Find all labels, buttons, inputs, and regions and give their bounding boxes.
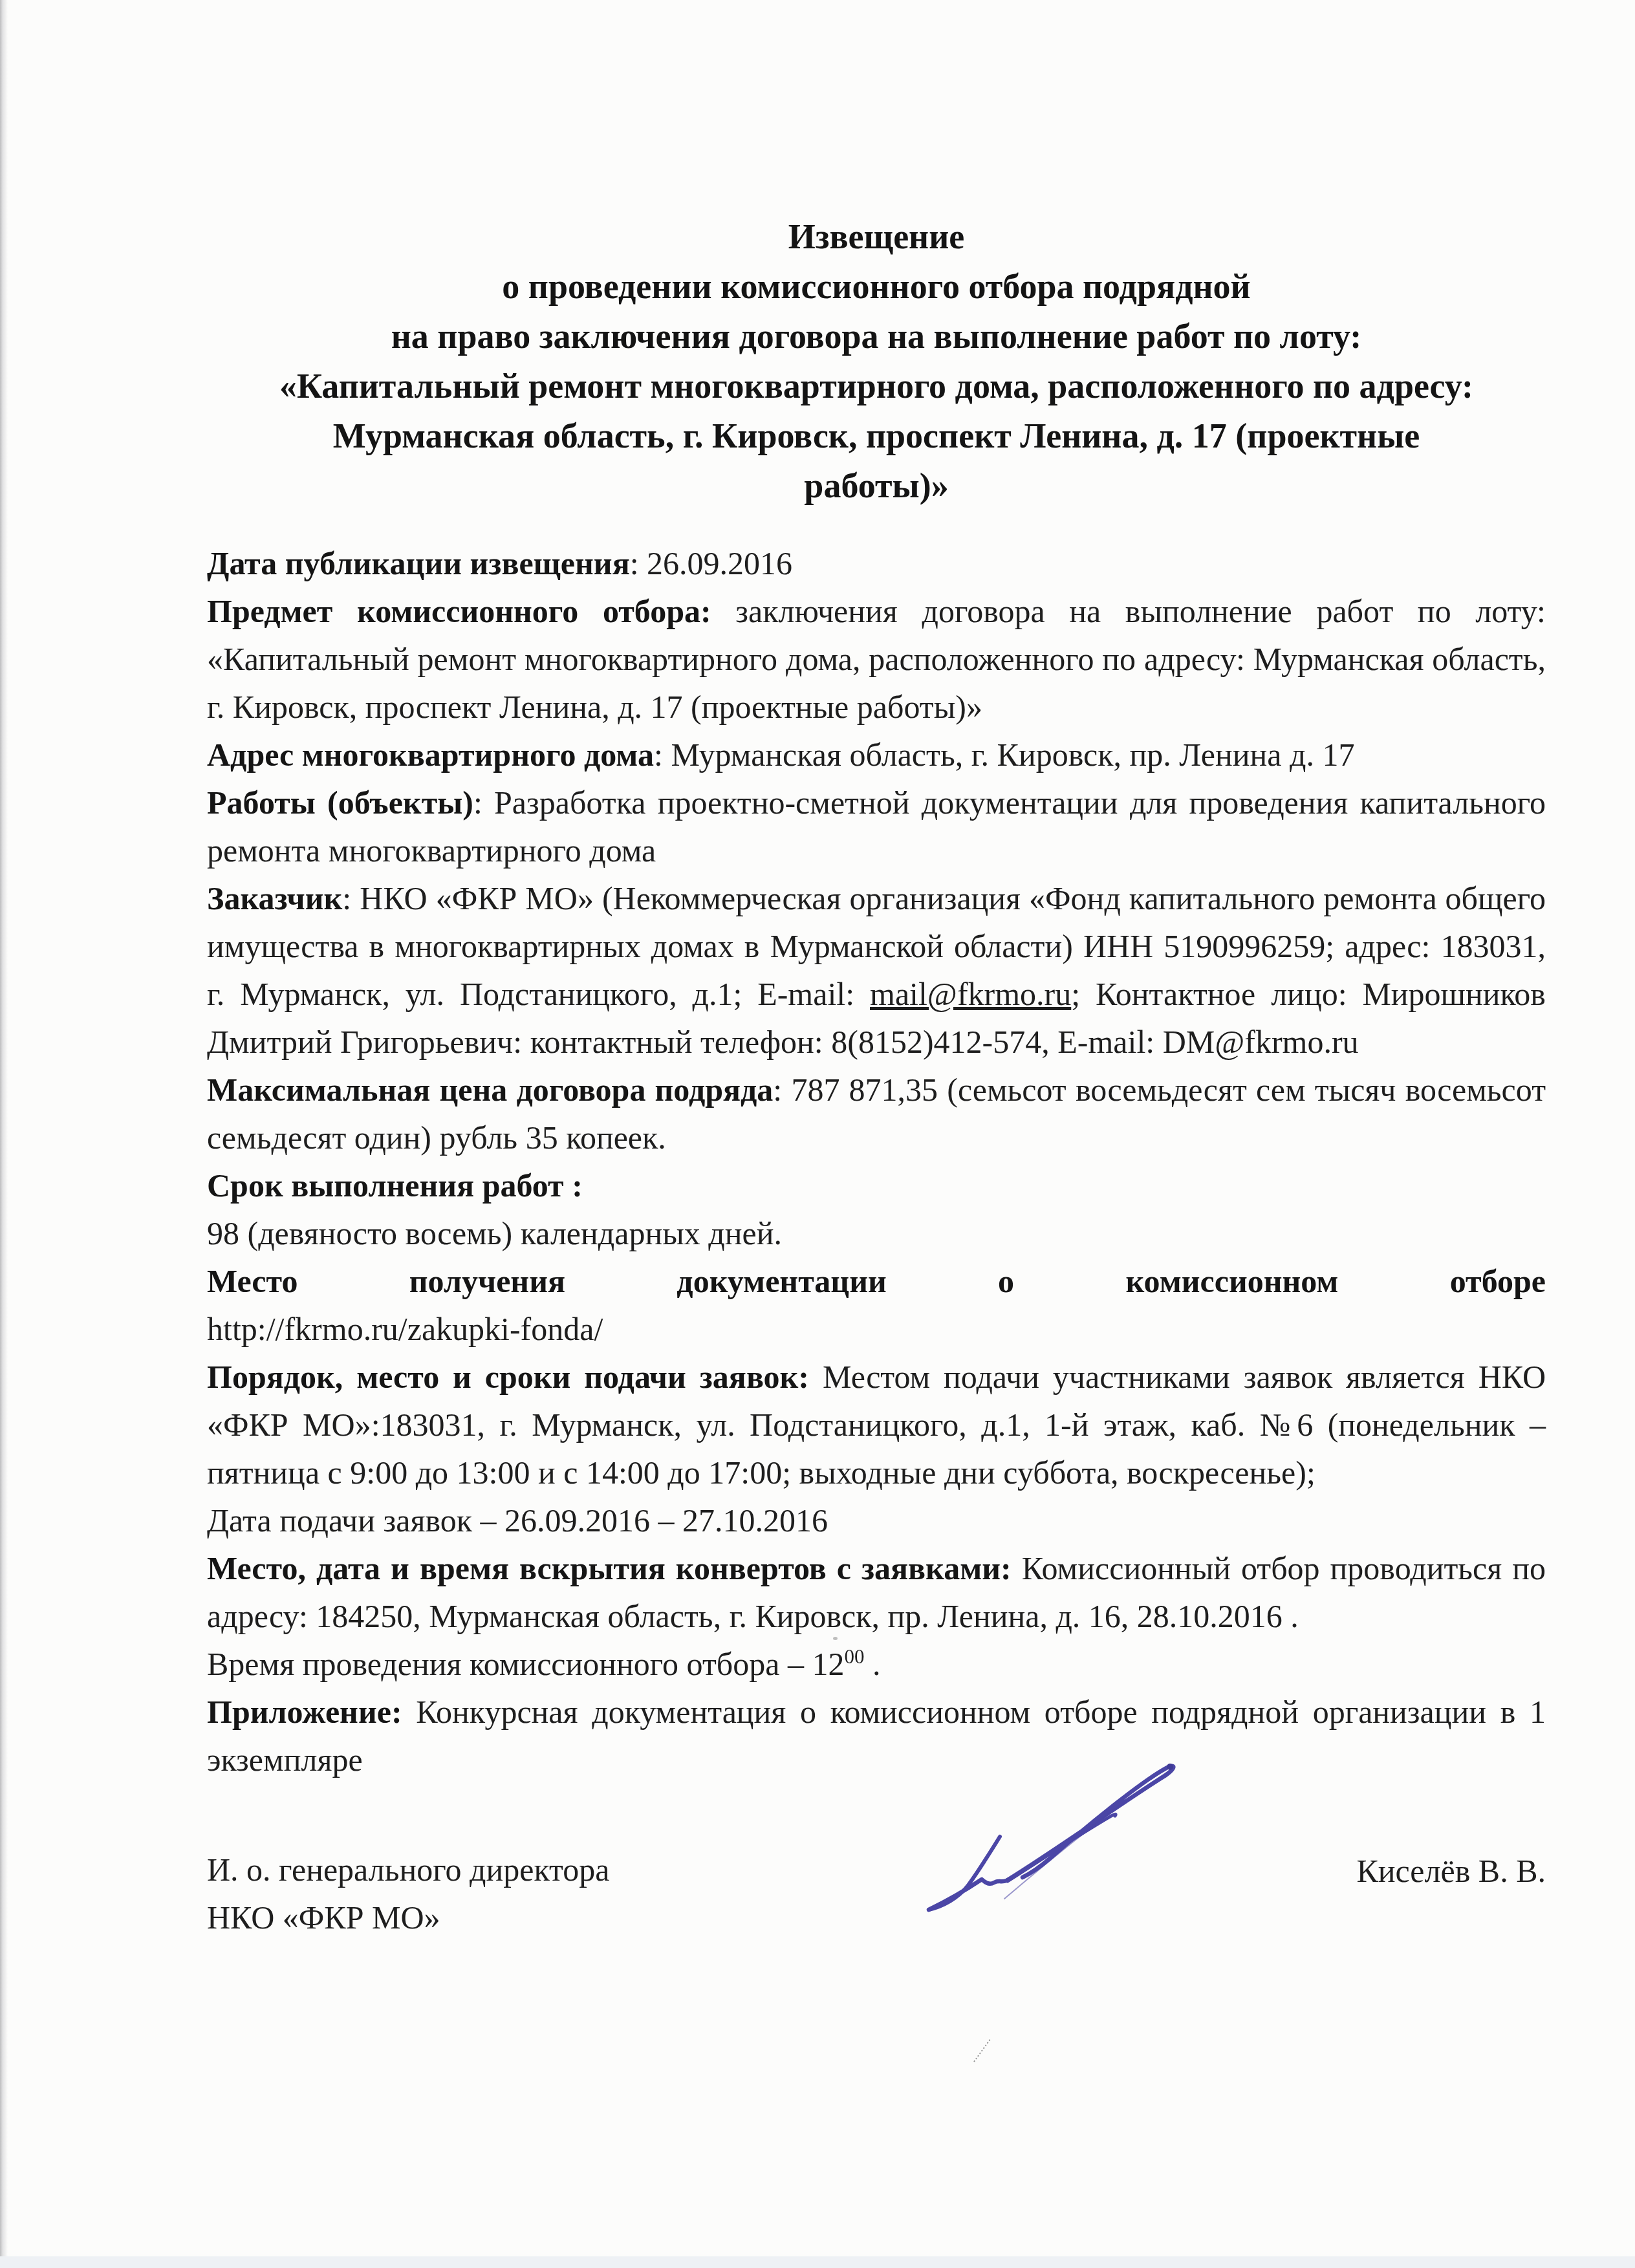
- paragraph-works: Работы (объекты): Разработка проектно-см…: [207, 779, 1546, 874]
- paragraph-application-dates: Дата подачи заявок – 26.09.2016 – 27.10.…: [207, 1496, 1546, 1544]
- paragraph-publication-date: Дата публикации извещения: 26.09.2016: [207, 539, 1546, 587]
- notice-title: Извещение о проведении комиссионного отб…: [207, 212, 1546, 511]
- field-value: Время проведения комиссионного отбора – …: [207, 1646, 844, 1682]
- field-value: Дата подачи заявок – 26.09.2016 – 27.10.…: [207, 1502, 828, 1539]
- notice-title-line: на право заключения договора на выполнен…: [207, 312, 1546, 362]
- paragraph-application-procedure: Порядок, место и сроки подачи заявок: Ме…: [207, 1353, 1546, 1496]
- notice-title-line: о проведении комиссионного отбора подряд…: [207, 262, 1546, 312]
- field-label: Максимальная цена договора подряда: [207, 1072, 773, 1108]
- paragraph-selection-time: Время проведения комиссионного отбора – …: [207, 1640, 1546, 1688]
- field-value: : 26.09.2016: [630, 545, 792, 581]
- paragraph-docs-location-label: Место получения документации о комиссион…: [207, 1257, 1546, 1305]
- field-label: Заказчик: [207, 880, 342, 916]
- paragraph-customer: Заказчик: НКО «ФКР МО» (Некоммерческая о…: [207, 874, 1546, 1066]
- scan-artifact-slash: [969, 2036, 997, 2064]
- paragraph-deadline-value: 98 (девяносто восемь) календарных дней.: [207, 1209, 1546, 1257]
- signature-image: [917, 1760, 1189, 1922]
- document-content: Извещение о проведении комиссионного отб…: [207, 212, 1546, 1941]
- field-label: Место, дата и время вскрытия конвертов с…: [207, 1550, 1022, 1586]
- customer-email: mail@fkrmo.ru: [870, 976, 1071, 1012]
- paragraph-building-address: Адрес многоквартирного дома: Мурманская …: [207, 731, 1546, 779]
- paragraph-subject: Предмет комиссионного отбора: заключения…: [207, 587, 1546, 731]
- notice-title-line: Извещение: [207, 212, 1546, 262]
- field-value: 98 (девяносто восемь) календарных дней.: [207, 1215, 782, 1251]
- paragraph-deadline-label: Срок выполнения работ :: [207, 1161, 1546, 1209]
- signer-name: Киселёв В. В.: [1356, 1846, 1546, 1895]
- field-label: Порядок, место и сроки подачи заявок:: [207, 1359, 823, 1395]
- field-value: .: [864, 1646, 880, 1682]
- scan-edge-left: [0, 0, 8, 2268]
- document-page: Извещение о проведении комиссионного отб…: [0, 0, 1635, 2268]
- notice-title-line: «Капитальный ремонт многоквартирного дом…: [207, 362, 1546, 411]
- paragraph-envelope-opening: Место, дата и время вскрытия конвертов с…: [207, 1544, 1546, 1640]
- notice-title-line: работы)»: [207, 461, 1546, 511]
- selection-time-superscript: 00: [844, 1645, 864, 1668]
- paragraph-docs-location-url: http://fkrmo.ru/zakupki-fonda/: [207, 1305, 1546, 1353]
- signer-position-line2: НКО «ФКР МО»: [207, 1894, 609, 1941]
- scan-artifact-dot: [833, 1637, 838, 1640]
- signer-position-line1: И. о. генерального директора: [207, 1846, 609, 1894]
- docs-location-url: http://fkrmo.ru/zakupki-fonda/: [207, 1311, 603, 1347]
- field-label: Место получения документации о комиссион…: [207, 1263, 1546, 1299]
- paragraph-max-price: Максимальная цена договора подряда: 787 …: [207, 1066, 1546, 1161]
- signature-block: И. о. генерального директора НКО «ФКР МО…: [207, 1846, 1546, 1941]
- field-label: Приложение:: [207, 1694, 416, 1730]
- scan-edge-bottom: [0, 2256, 1635, 2268]
- field-label: Дата публикации извещения: [207, 545, 630, 581]
- notice-body: Дата публикации извещения: 26.09.2016 Пр…: [207, 539, 1546, 1941]
- field-label: Работы (объекты): [207, 784, 473, 821]
- field-label: Срок выполнения работ :: [207, 1167, 583, 1204]
- field-label: Предмет комиссионного отбора:: [207, 593, 735, 629]
- field-label: Адрес многоквартирного дома: [207, 737, 654, 773]
- paragraph-attachment: Приложение: Конкурсная документация о ко…: [207, 1688, 1546, 1784]
- signer-position: И. о. генерального директора НКО «ФКР МО…: [207, 1846, 609, 1941]
- notice-title-line: Мурманская область, г. Кировск, проспект…: [207, 411, 1546, 461]
- field-value: : Мурманская область, г. Кировск, пр. Ле…: [654, 737, 1354, 773]
